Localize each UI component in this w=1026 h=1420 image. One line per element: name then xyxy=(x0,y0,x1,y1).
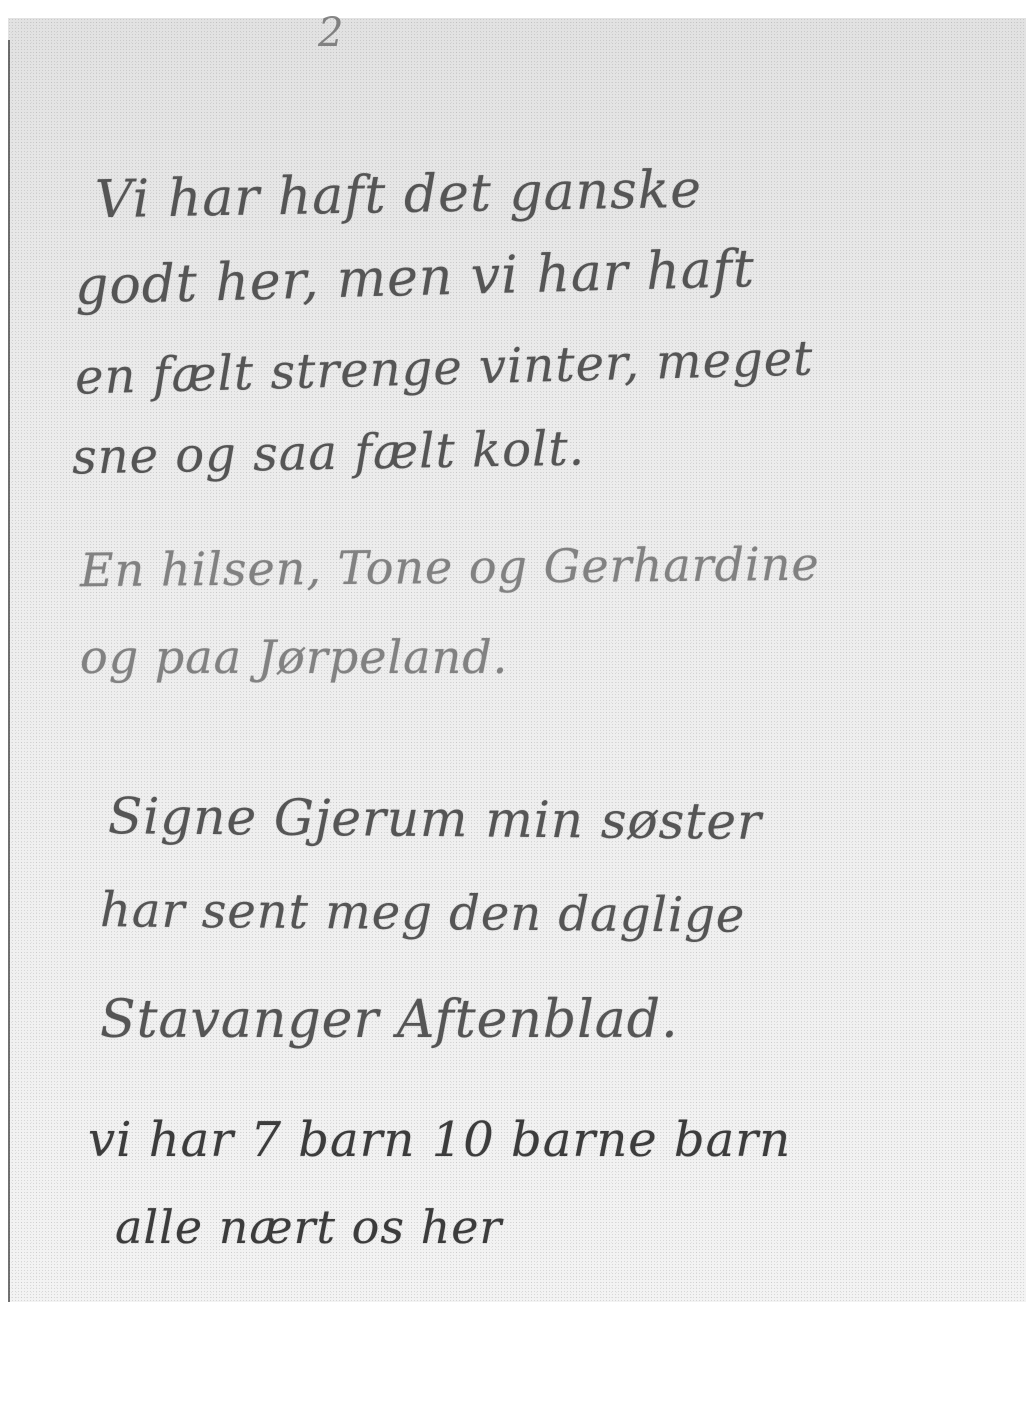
text-line-4: sne og saa fælt kolt. xyxy=(72,421,586,486)
text-line-6: og paa Jørpeland. xyxy=(80,630,508,684)
text-line-7: Signe Gjerum min søster xyxy=(108,787,762,851)
page-number: 2 xyxy=(318,10,343,56)
text-line-11: alle nært os her xyxy=(115,1200,502,1254)
text-line-1: Vi har haft det ganske xyxy=(95,160,703,231)
text-line-9: Stavanger Aftenblad. xyxy=(100,990,679,1050)
text-line-10: vi har 7 barn 10 barne barn xyxy=(88,1112,791,1168)
text-line-8: har sent meg den daglige xyxy=(100,882,746,944)
text-line-5: En hilsen, Tone og Gerhardine xyxy=(80,537,820,597)
page-edge-line xyxy=(8,40,10,1302)
